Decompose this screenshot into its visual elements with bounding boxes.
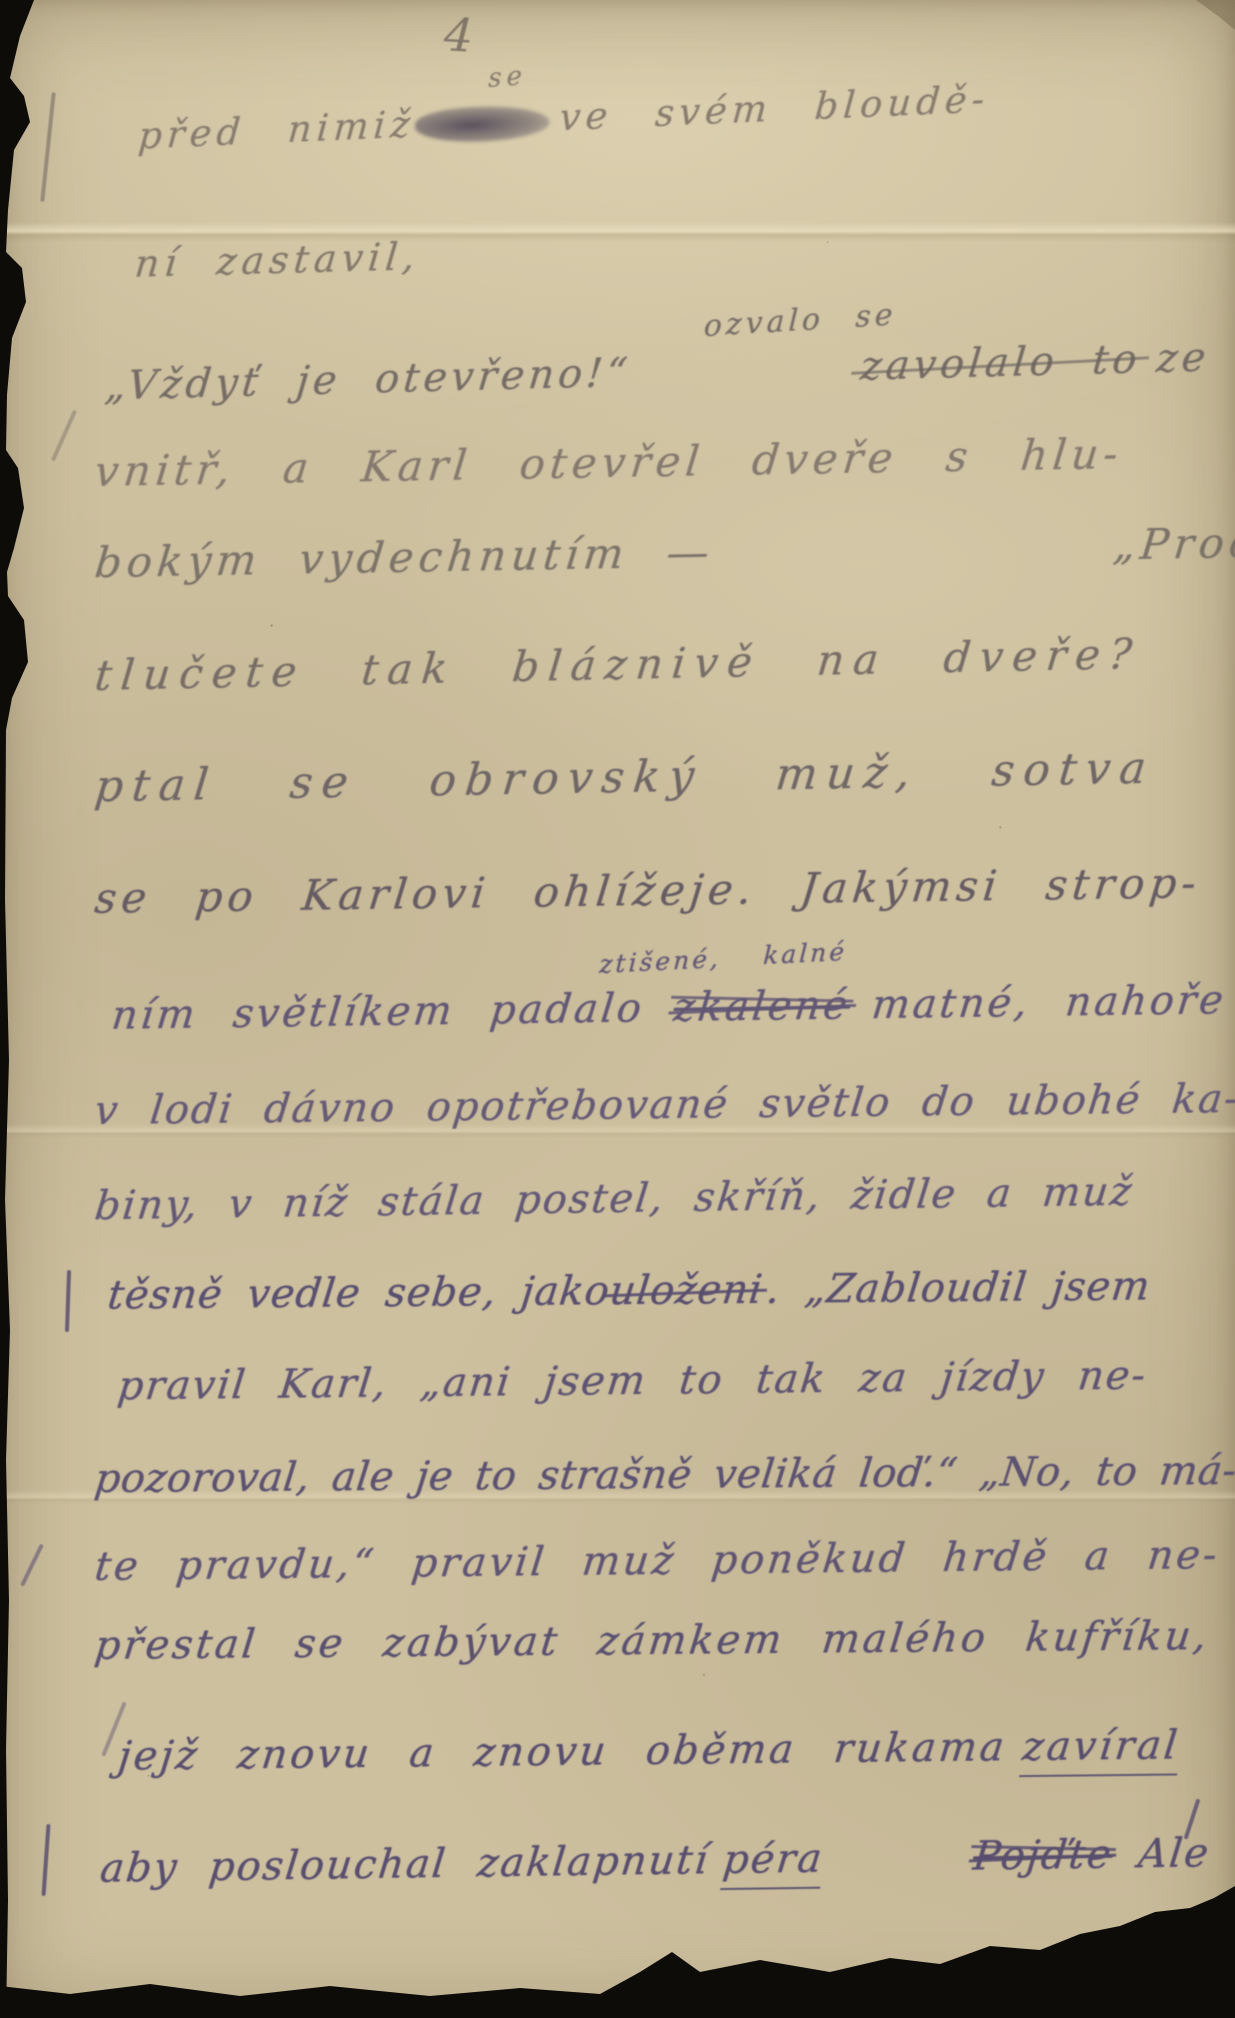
line-text: ze —	[1154, 332, 1235, 382]
line-text: Ale	[1136, 1830, 1212, 1877]
torn-edge-bottom	[0, 1886, 1235, 2018]
margin-mark	[51, 410, 77, 462]
struck-text: uloženi	[607, 1267, 765, 1314]
line-text: pozoroval, ale je to strašně veliká loď.…	[92, 1448, 1235, 1502]
manuscript-line: aby poslouchal zaklapnutípéraPojďteAle	[100, 1830, 1210, 1898]
line-text: těsně vedle sebe, jako	[105, 1268, 612, 1318]
line-text: se po Karlovi ohlížeje. Jakýmsi strop-	[92, 858, 1203, 923]
line-text: jejž znovu a znovu oběma rukama	[116, 1724, 1010, 1779]
struck-text: Pojďte	[971, 1832, 1115, 1880]
struck-text: zkalené	[671, 982, 852, 1031]
line-text: ní zastavil,	[133, 234, 422, 286]
manuscript-line: jejž znovu a znovu oběma rukamazavíral	[118, 1722, 1180, 1786]
torn-edge-left	[0, 0, 34, 2018]
margin-mark	[65, 1270, 71, 1332]
manuscript-line: bokým vydechnutím —„Proč	[95, 518, 1235, 587]
inserted-correction: se	[488, 61, 527, 94]
manuscript-line: v lodi dávno opotřebované světlo do uboh…	[95, 1076, 1235, 1134]
line-text: biny, v níž stála postel, skříň, židle a…	[93, 1169, 1136, 1230]
line-text: bokým vydechnutím —	[93, 527, 717, 587]
line-text: přestal se zabývat zámkem malého kufříku…	[92, 1613, 1211, 1669]
line-text: před nimiž	[137, 102, 417, 157]
line-text: ve svém bloudě-	[558, 77, 991, 139]
line-text: tlučete tak bláznivě na dveře?	[93, 629, 1144, 700]
line-text: „Proč	[1111, 518, 1235, 570]
line-text: v lodi dávno opotřebované světlo do uboh…	[92, 1076, 1235, 1134]
manuscript-line: před nimiž ve svém bloudě-se	[137, 77, 990, 157]
line-text: ním světlíkem padalo	[110, 985, 647, 1039]
manuscript-page: 4 před nimiž ve svém bloudě-sení zastavi…	[0, 0, 1235, 2018]
torn-edge-top-right	[1196, 0, 1235, 30]
manuscript-line: vnitř, a Karl otevřel dveře s hlu-	[95, 429, 1123, 496]
manuscript-line: pravil Karl, „ani jsem to tak za jízdy n…	[118, 1353, 1148, 1410]
manuscript-line: ní zastavil,	[134, 234, 420, 285]
underlined-text: zavíral	[1019, 1722, 1182, 1777]
manuscript-line: ptal se obrovský muž, sotva	[95, 743, 1156, 812]
line-text: „Vždyť je otevřeno!“	[103, 350, 633, 410]
inserted-correction: ztišené,	[599, 944, 722, 979]
line-text: ptal se obrovský muž, sotva	[92, 743, 1157, 813]
line-text: . „Zabloudil jsem	[764, 1263, 1153, 1312]
manuscript-line: ním světlíkem padalozkalenématné, nahoře…	[112, 977, 1227, 1039]
manuscript-line: těsně vedle sebe, jako uloženi. „Zabloud…	[108, 1263, 1151, 1318]
page-number: 4	[443, 7, 475, 62]
struck-text: zavolalo to	[859, 336, 1143, 389]
scribble-blot	[413, 104, 551, 145]
manuscript-line: te pravdu,“ pravil muž poněkud hrdě a ne…	[95, 1532, 1220, 1590]
inserted-correction: ozvalo se	[703, 297, 897, 344]
manuscript-line: se po Karlovi ohlížeje. Jakýmsi strop-	[95, 858, 1201, 922]
inserted-correction: kalné	[762, 937, 847, 970]
line-text: aby poslouchal zaklapnutí	[98, 1837, 712, 1892]
manuscript-line: tlučete tak bláznivě na dveře?	[95, 629, 1142, 700]
line-text: te pravdu,“ pravil muž poněkud hrdě a ne…	[92, 1532, 1222, 1590]
underlined-text: péra	[720, 1836, 826, 1890]
manuscript-line: přestal se zabývat zámkem malého kufříku…	[95, 1613, 1210, 1669]
line-text: vnitř, a Karl otevřel dveře s hlu-	[92, 429, 1125, 496]
paper-crease	[0, 222, 1235, 242]
margin-mark	[20, 1544, 43, 1587]
margin-mark	[41, 1824, 50, 1896]
manuscript-line: „Vždyť je otevřeno!“zavolalo toze —ozval…	[105, 333, 1235, 410]
line-text: pravil Karl, „ani jsem to tak za jízdy n…	[115, 1353, 1149, 1410]
margin-mark	[40, 92, 55, 202]
manuscript-line: pozoroval, ale je to strašně veliká loď.…	[95, 1448, 1235, 1502]
manuscript-line: biny, v níž stála postel, skříň, židle a…	[95, 1169, 1134, 1229]
line-text: matné, nahoře	[870, 977, 1229, 1028]
